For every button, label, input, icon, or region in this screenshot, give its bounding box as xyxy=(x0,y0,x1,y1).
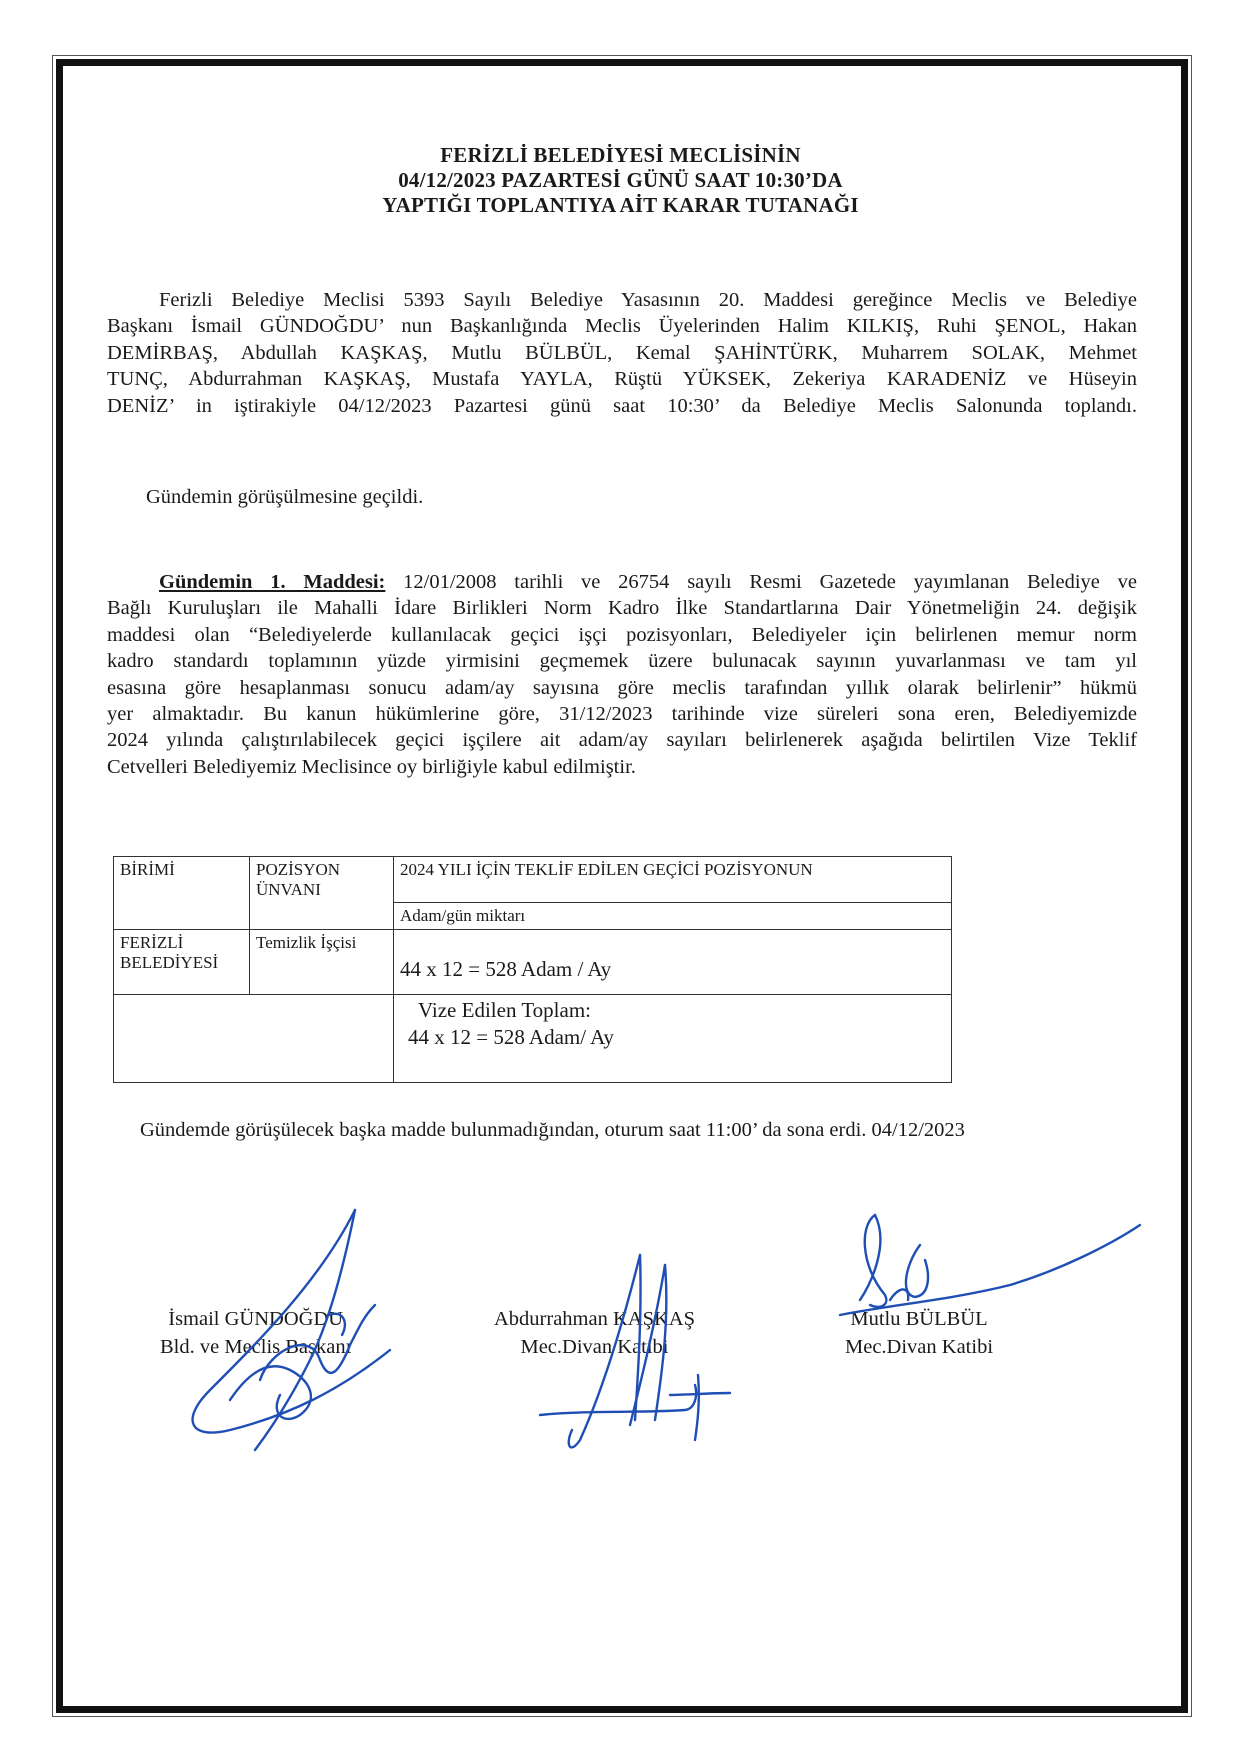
title-line-2: 04/12/2023 PAZARTESİ GÜNÜ SAAT 10:30’DA xyxy=(0,168,1241,193)
document-title: FERİZLİ BELEDİYESİ MECLİSİNİN 04/12/2023… xyxy=(0,143,1241,218)
title-line-1: FERİZLİ BELEDİYESİ MECLİSİNİN xyxy=(0,143,1241,168)
signatory-role: Mec.Divan Katibi xyxy=(845,1333,993,1361)
cell-total: Vize Edilen Toplam: 44 x 12 = 528 Adam/ … xyxy=(394,995,952,1083)
cell-pozisyon: Temizlik İşçisi xyxy=(250,930,394,995)
agenda-item-1-first-line: Gündemin 1. Maddesi: 12/01/2008 tarihli … xyxy=(107,569,1137,595)
agenda-line: Bağlı Kuruluşları ile Mahalli İdare Birl… xyxy=(107,595,1137,621)
agenda-start-text: Gündemin görüşülmesine geçildi. xyxy=(146,484,1176,510)
signatory-name: Abdurrahman KAŞKAŞ xyxy=(494,1305,695,1333)
total-label: Vize Edilen Toplam: xyxy=(408,997,945,1024)
total-row: Vize Edilen Toplam: 44 x 12 = 528 Adam/ … xyxy=(114,995,952,1083)
total-value: 44 x 12 = 528 Adam/ Ay xyxy=(408,1024,945,1051)
subheader-miktar: Adam/gün miktarı xyxy=(394,903,952,930)
cell-birim: FERİZLİ BELEDİYESİ xyxy=(114,930,250,995)
intro-line: TUNÇ, Abdurrahman KAŞKAŞ, Mustafa YAYLA,… xyxy=(107,366,1137,392)
signatory-name: İsmail GÜNDOĞDU xyxy=(160,1305,351,1333)
intro-line: DENİZ’ in iştirakiyle 04/12/2023 Pazarte… xyxy=(107,393,1137,419)
agenda-line: Cetvelleri Belediyemiz Meclisince oy bir… xyxy=(107,754,1137,780)
agenda-line: yer almaktadır. Bu kanun hükümlerine gör… xyxy=(107,701,1137,727)
header-birim: BİRİMİ xyxy=(114,857,250,930)
agenda-item-1-heading: Gündemin 1. Maddesi: xyxy=(159,571,385,593)
total-empty-cell xyxy=(114,995,394,1083)
agenda-line: 2024 yılında çalıştırılabilecek geçici i… xyxy=(107,727,1137,753)
agenda-line: kadro standardı toplamının yüzde yirmisi… xyxy=(107,648,1137,674)
table-row: FERİZLİ BELEDİYESİ Temizlik İşçisi 44 x … xyxy=(114,930,952,995)
title-line-3: YAPTIĞI TOPLANTIYA AİT KARAR TUTANAĞI xyxy=(0,193,1241,218)
vize-teklif-table: BİRİMİ POZİSYON ÜNVANI 2024 YILI İÇİN TE… xyxy=(113,856,952,1083)
agenda-item-1: Gündemin 1. Maddesi: 12/01/2008 tarihli … xyxy=(107,569,1137,780)
intro-line: DEMİRBAŞ, Abdullah KAŞKAŞ, Mutlu BÜLBÜL,… xyxy=(107,340,1137,366)
signatory-name: Mutlu BÜLBÜL xyxy=(845,1305,993,1333)
header-pozisyon: POZİSYON ÜNVANI xyxy=(250,857,394,930)
intro-paragraph: Ferizli Belediye Meclisi 5393 Sayılı Bel… xyxy=(107,287,1137,419)
agenda-line: maddesi olan “Belediyelerde kullanılacak… xyxy=(107,622,1137,648)
signatory-role: Mec.Divan Katibi xyxy=(494,1333,695,1361)
signature-block-chair: İsmail GÜNDOĞDU Bld. ve Meclis Başkanı xyxy=(160,1305,351,1361)
header-teklif: 2024 YILI İÇİN TEKLİF EDİLEN GEÇİCİ POZİ… xyxy=(394,857,952,903)
intro-line: Ferizli Belediye Meclisi 5393 Sayılı Bel… xyxy=(107,287,1137,313)
signatory-role: Bld. ve Meclis Başkanı xyxy=(160,1333,351,1361)
signature-block-clerk-1: Abdurrahman KAŞKAŞ Mec.Divan Katibi xyxy=(494,1305,695,1361)
cell-miktar: 44 x 12 = 528 Adam / Ay xyxy=(394,930,952,995)
intro-line: Başkanı İsmail GÜNDOĞDU’ nun Başkanlığın… xyxy=(107,313,1137,339)
signature-block-clerk-2: Mutlu BÜLBÜL Mec.Divan Katibi xyxy=(845,1305,993,1361)
agenda-line: esasına göre hesaplanması sonucu adam/ay… xyxy=(107,675,1137,701)
closing-statement: Gündemde görüşülecek başka madde bulunma… xyxy=(140,1119,965,1142)
